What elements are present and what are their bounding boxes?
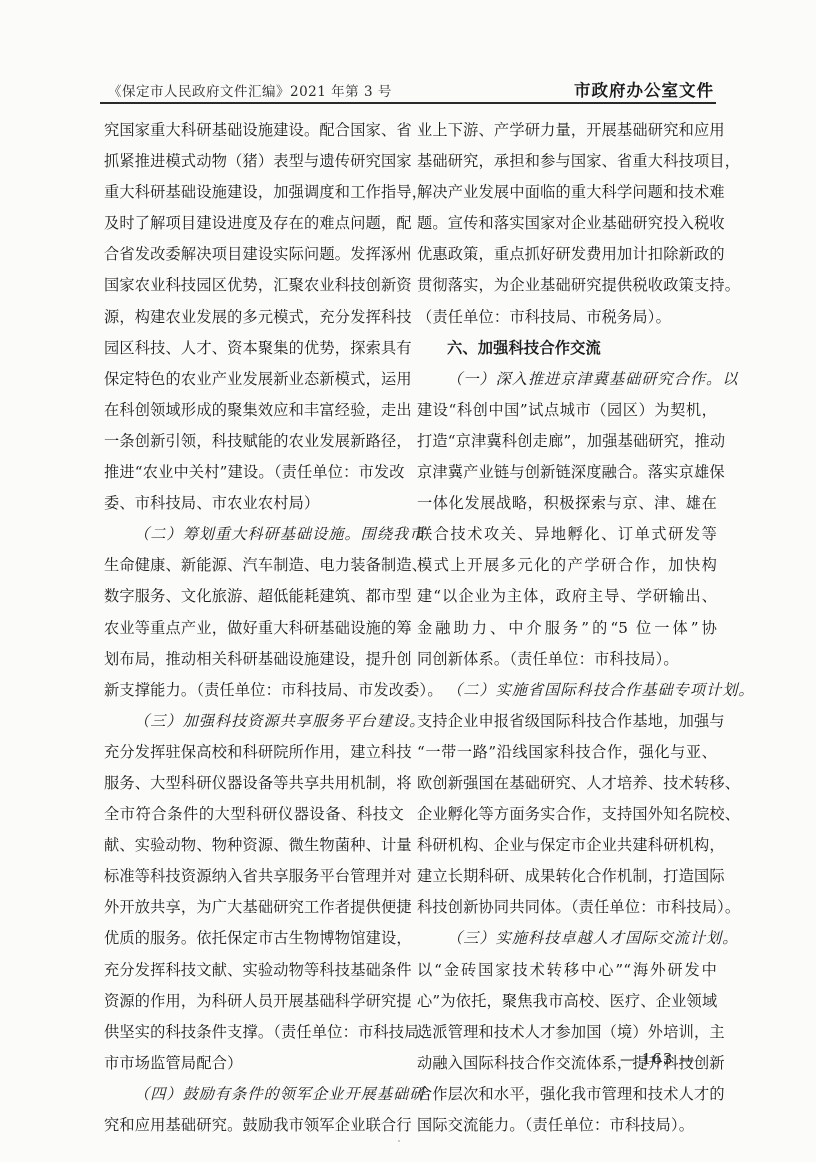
text-line: 抓紧推进模式动物（猪）表型与遗传研究国家 — [104, 146, 404, 177]
text-line: （责任单位：市科技局、市税务局）。 — [417, 302, 717, 333]
text-line: 重大科研基础设施建设，加强调度和工作指导， — [104, 177, 404, 208]
subsection-heading: （一）深入推进京津冀基础研究合作。以 — [417, 364, 717, 395]
text-line: 支持企业申报省级国际科技合作基地，加强与 — [417, 706, 717, 737]
text-line: 合作层次和水平，强化我市管理和技术人才的 — [417, 1079, 717, 1110]
publication-title: 《保定市人民政府文件汇编》2021 年第 3 号 — [108, 80, 392, 100]
text-line: 农业等重点产业，做好重大科研基础设施的筹 — [104, 613, 404, 644]
right-column: 业上下游、产学研力量，开展基础研究和应用 基础研究，承担和参与国家、省重大科技项… — [417, 115, 717, 1141]
text-line: 联合技术攻关、异地孵化、订单式研发等 — [417, 519, 717, 550]
text-line: 一体化发展战略，积极探索与京、津、雄在 — [417, 488, 717, 519]
text-line: 一条创新引领，科技赋能的农业发展新路径， — [104, 426, 404, 457]
text-line: 究国家重大科研基础设施建设。配合国家、省 — [104, 115, 404, 146]
text-line: 标准等科技资源纳入省共享服务平台管理并对 — [104, 861, 404, 892]
text-line: 建立长期科研、成果转化合作机制，打造国际 — [417, 861, 717, 892]
text-line: 献、实验动物、物种资源、微生物菌种、计量 — [104, 830, 404, 861]
text-line: 优惠政策，重点抓好研发费用加计扣除新政的 — [417, 239, 717, 270]
text-line: 同创新体系。（责任单位：市科技局）。 — [417, 644, 717, 675]
text-line: 打造“京津冀科创走廊”，加强基础研究，推动 — [417, 426, 717, 457]
text-line: 题。宣传和落实国家对企业基础研究投入税收 — [417, 208, 717, 239]
text-line: 供坚实的科技条件支撑。（责任单位：市科技局、 — [104, 1017, 404, 1048]
page-header: 《保定市人民政府文件汇编》2021 年第 3 号 市政府办公室文件 — [100, 74, 716, 104]
text-line: 推进“农业中关村”建设。（责任单位：市发改 — [104, 457, 404, 488]
text-line: 京津冀产业链与创新链深度融合。落实京雄保 — [417, 457, 717, 488]
document-category: 市政府办公室文件 — [574, 77, 714, 101]
text-line: 科技创新协同共同体。（责任单位：市科技局）。 — [417, 892, 717, 923]
text-line: 市市场监管局配合） — [104, 1048, 404, 1079]
text-line: 及时了解项目建设进度及存在的难点问题，配 — [104, 208, 404, 239]
text-line: 国际交流能力。（责任单位：市科技局）。 — [417, 1110, 717, 1141]
text-line: 数字服务、文化旅游、超低能耗建筑、都市型 — [104, 581, 404, 612]
text-line: 究和应用基础研究。鼓励我市领军企业联合行 — [104, 1110, 404, 1141]
text-line: “一带一路”沿线国家科技合作，强化与亚、 — [417, 737, 717, 768]
text-line: 全市符合条件的大型科研仪器设备、科技文 — [104, 799, 404, 830]
scan-speck — [398, 1140, 400, 1142]
text-line: 外开放共享，为广大基础研究工作者提供便捷 — [104, 892, 404, 923]
text-line: 建设“科创中国”试点城市（园区）为契机， — [417, 395, 717, 426]
subsection-heading: （二）筹划重大科研基础设施。围绕我市 — [104, 519, 404, 550]
text-line: 科研机构、企业与保定市企业共建科研机构， — [417, 830, 717, 861]
text-line: 资源的作用，为科研人员开展基础科学研究提 — [104, 986, 404, 1017]
text-line: 业上下游、产学研力量，开展基础研究和应用 — [417, 115, 717, 146]
text-line: 优质的服务。依托保定市古生物博物馆建设， — [104, 923, 404, 954]
text-line: 金融助力、中介服务”的“5 位一体”协 — [417, 613, 717, 644]
left-column: 究国家重大科研基础设施建设。配合国家、省 抓紧推进模式动物（猪）表型与遗传研究国… — [104, 115, 404, 1141]
text-line: 委、市科技局、市农业农村局） — [104, 488, 404, 519]
text-line: 划布局，推动相关科研基础设施建设，提升创 — [104, 644, 404, 675]
text-line: 以“金砖国家技术转移中心”“海外研发中 — [417, 955, 717, 986]
subsection-heading: （四）鼓励有条件的领军企业开展基础研 — [104, 1079, 404, 1110]
text-line: 充分发挥驻保高校和科研院所作用，建立科技 — [104, 737, 404, 768]
page-number: — 163 — — [620, 1050, 695, 1068]
subsection-heading: （三）加强科技资源共享服务平台建设。 — [104, 706, 404, 737]
text-line: 国家农业科技园区优势，汇聚农业科技创新资 — [104, 270, 404, 301]
subsection-heading: （二）实施省国际科技合作基础专项计划。 — [417, 675, 717, 706]
text-line: 保定特色的农业产业发展新业态新模式，运用 — [104, 364, 404, 395]
text-line: 充分发挥科技文献、实验动物等科技基础条件 — [104, 955, 404, 986]
text-line: 合省发改委解决项目建设实际问题。发挥涿州 — [104, 239, 404, 270]
text-line: 服务、大型科研仪器设备等共享共用机制，将 — [104, 768, 404, 799]
text-line: 新支撑能力。（责任单位：市科技局、市发改委）。 — [104, 675, 404, 706]
text-line: 园区科技、人才、资本聚集的优势，探索具有 — [104, 333, 404, 364]
text-line: 心”为依托，聚焦我市高校、医疗、企业领域 — [417, 986, 717, 1017]
text-line: 生命健康、新能源、汽车制造、电力装备制造、 — [104, 550, 404, 581]
text-line: 源，构建农业发展的多元模式，充分发挥科技 — [104, 302, 404, 333]
text-line: 贯彻落实，为企业基础研究提供税收政策支持。 — [417, 270, 717, 301]
text-line: 选派管理和技术人才参加国（境）外培训，主 — [417, 1017, 717, 1048]
section-heading: 六、加强科技合作交流 — [417, 333, 717, 364]
text-line: 基础研究，承担和参与国家、省重大科技项目， — [417, 146, 717, 177]
subsection-heading: （三）实施科技卓越人才国际交流计划。 — [417, 923, 717, 954]
text-line: 企业孵化等方面务实合作，支持国外知名院校、 — [417, 799, 717, 830]
text-line: 欧创新强国在基础研究、人才培养、技术转移、 — [417, 768, 717, 799]
text-line: 模式上开展多元化的产学研合作，加快构 — [417, 550, 717, 581]
text-line: 解决产业发展中面临的重大科学问题和技术难 — [417, 177, 717, 208]
text-line: 在科创领域形成的聚集效应和丰富经验，走出 — [104, 395, 404, 426]
text-line: 建“以企业为主体，政府主导、学研输出、 — [417, 581, 717, 612]
